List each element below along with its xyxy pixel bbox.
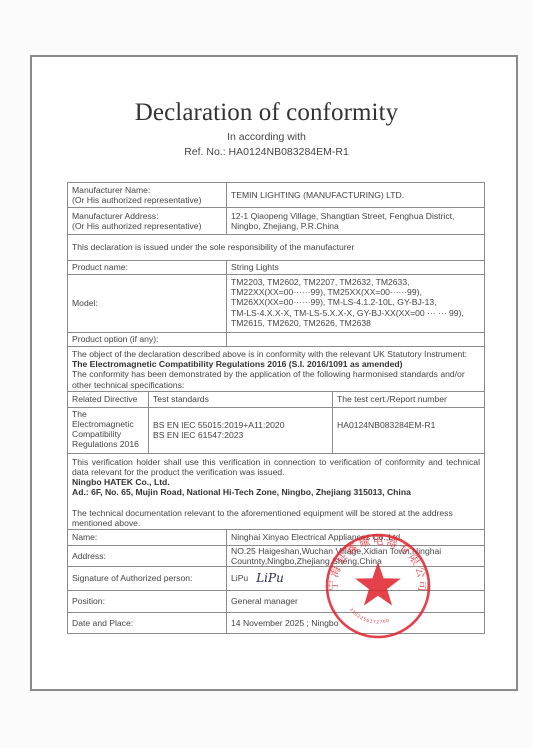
header-related-directive: Related Directive: [68, 392, 149, 407]
verification-text: This verification holder shall use this …: [72, 457, 480, 477]
product-name-row: Product name: String Lights: [67, 261, 485, 275]
signatory-address-row: Address: NO.25 Haigeshan,Wuchan Village,…: [67, 546, 485, 567]
product-option-row: Product option (if any):: [67, 333, 485, 347]
directive-row: The Electromagnetic Compatibility Regula…: [67, 408, 485, 454]
signature-label: Signature of Authorized person:: [68, 567, 227, 590]
conformity-statement: The object of the declaration described …: [68, 347, 484, 391]
product-name-label: Product name:: [68, 261, 227, 274]
product-option-value: [227, 333, 484, 346]
signatory-address-label: Address:: [68, 546, 227, 566]
handwritten-signature: LiPu: [256, 573, 284, 583]
product-option-label: Product option (if any):: [68, 333, 227, 346]
responsibility-statement: This declaration is issued under the sol…: [68, 235, 484, 260]
directive-name: The Electromagnetic Compatibility Regula…: [68, 408, 149, 453]
document-title: Declaration of conformity: [0, 99, 533, 127]
manufacturer-name-label: Manufacturer Name: (Or His authorized re…: [68, 183, 227, 207]
verification-row: This verification holder shall use this …: [67, 454, 485, 530]
position-label: Position:: [68, 591, 227, 612]
position-row: Position: General manager: [67, 591, 485, 613]
model-label: Model:: [68, 275, 227, 332]
model-value: TM2203, TM2602, TM2207, TM2632, TM2633, …: [227, 275, 484, 332]
signature-value: LiPu LiPu: [227, 567, 484, 590]
manufacturer-name-value: TEMIN LIGHTING (MANUFACTURING) LTD.: [227, 183, 484, 207]
test-standards: BS EN IEC 55015:2019+A11:2020 BS EN IEC …: [149, 408, 333, 453]
directive-header-row: Related Directive Test standards The tes…: [67, 392, 485, 408]
conformity-intro: The object of the declaration described …: [72, 349, 480, 359]
declaration-table: Manufacturer Name: (Or His authorized re…: [67, 182, 485, 634]
conformity-demonstrated: The conformity has been demonstrated by …: [72, 369, 480, 389]
manufacturer-address-label: Manufacturer Address: (Or His authorized…: [68, 208, 227, 234]
signatory-name-value: Ninghai Xinyao Electrical Appliances Co.…: [227, 530, 484, 545]
issuer-address: Ad.: 6F, No. 65, Mujin Road, National Hi…: [72, 487, 480, 497]
signatory-name-label: Name:: [68, 530, 227, 545]
position-value: General manager: [227, 591, 484, 612]
verification-block: This verification holder shall use this …: [68, 454, 484, 529]
conformity-regulation: The Electromagnetic Compatibility Regula…: [72, 359, 480, 369]
date-place-label: Date and Place:: [68, 613, 227, 633]
manufacturer-address-value: 12-1 Qiaopeng Village, Shangtian Street,…: [227, 208, 484, 234]
report-number: HA0124NB083284EM-R1: [333, 408, 484, 453]
responsibility-row: This declaration is issued under the sol…: [67, 235, 485, 261]
date-place-row: Date and Place: 14 November 2025 ; Ningb…: [67, 613, 485, 634]
storage-note: The technical documentation relevant to …: [72, 508, 480, 528]
signatory-name-row: Name: Ninghai Xinyao Electrical Applianc…: [67, 530, 485, 546]
signature-row: Signature of Authorized person: LiPu LiP…: [67, 567, 485, 591]
product-name-value: String Lights: [227, 261, 484, 274]
conformity-row: The object of the declaration described …: [67, 347, 485, 392]
issuer-name: Ningbo HATEK Co., Ltd.: [72, 477, 480, 487]
reference-number: Ref. No.: HA0124NB083284EM-R1: [0, 146, 533, 158]
header-report-number: The test cert./Report number: [333, 392, 484, 407]
header-test-standards: Test standards: [149, 392, 333, 407]
model-row: Model: TM2203, TM2602, TM2207, TM2632, T…: [67, 275, 485, 333]
manufacturer-name-row: Manufacturer Name: (Or His authorized re…: [67, 182, 485, 208]
document-subtitle: In according with: [0, 131, 533, 143]
date-place-value: 14 November 2025 ; Ningbo: [227, 613, 484, 633]
signatory-address-value: NO.25 Haigeshan,Wuchan Village,Xidian To…: [227, 546, 484, 566]
manufacturer-address-row: Manufacturer Address: (Or His authorized…: [67, 208, 485, 235]
